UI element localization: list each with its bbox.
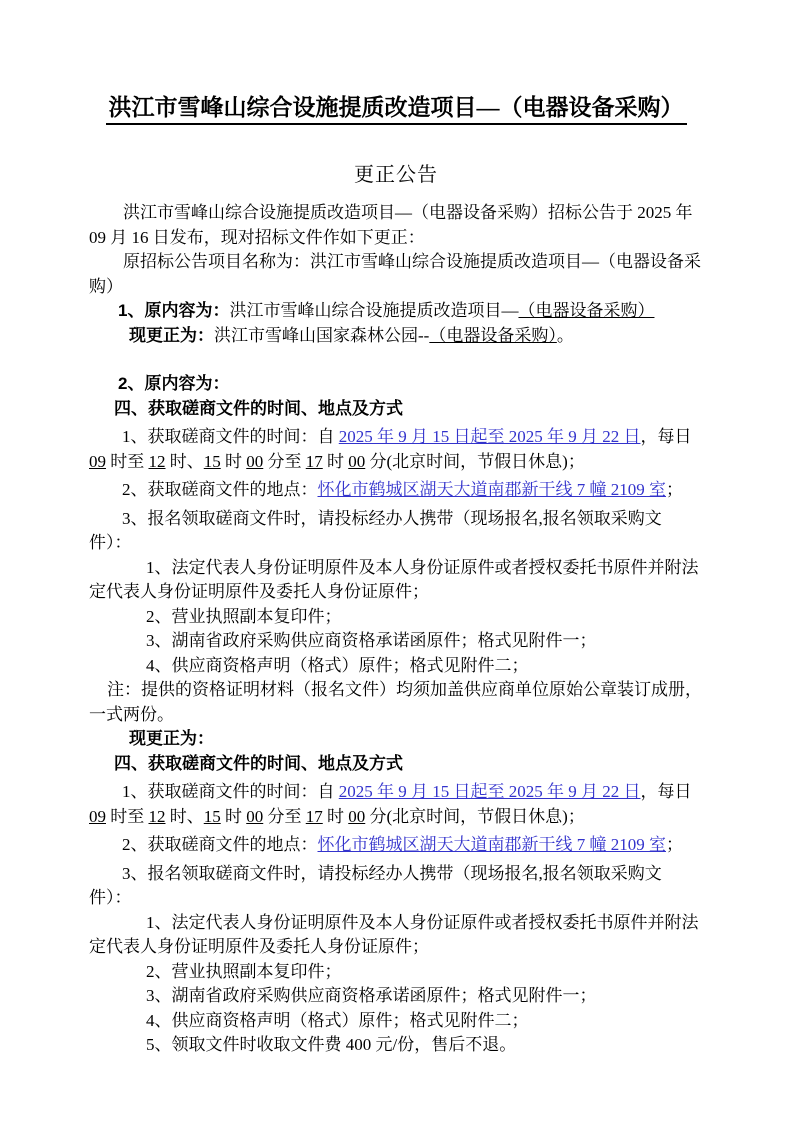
daily-t4: 时 [221, 452, 247, 471]
daily-t1: 每日 [658, 782, 692, 801]
item-1-corrected-period: 。 [557, 326, 574, 345]
time-prefix: 1、获取磋商文件的时间：自 [122, 782, 339, 801]
requirement-item: 4、供应商资格声明（格式）原件；格式见附件二； [89, 1009, 703, 1034]
requirement-item: 5、领取文件时收取文件费 400 元/份，售后不退。 [89, 1033, 703, 1058]
daily-hour-pm: 15 [204, 452, 221, 471]
place-address-link[interactable]: 怀化市鹤城区湖天大道南郡新干线 7 幢 2109 室 [318, 835, 667, 854]
announcement-heading: 更正公告 [89, 162, 703, 188]
intro-paragraph: 洪江市雪峰山综合设施提质改造项目—（电器设备采购）招标公告于 2025 年 09… [89, 201, 703, 250]
daily-t2: 时至 [106, 807, 149, 826]
signup-paragraph-original: 3、报名领取磋商文件时，请投标经办人携带（现场报名,报名领取采购文件）： [89, 507, 703, 556]
section-4-heading-original: 四、获取磋商文件的时间、地点及方式 [114, 397, 703, 422]
correction-item-1-original-line: 1、原内容为：洪江市雪峰山综合设施提质改造项目—（电器设备采购） [118, 299, 703, 324]
daily-t6: 时 [323, 807, 349, 826]
place-paragraph-corrected: 2、获取磋商文件的地点：怀化市鹤城区湖天大道南郡新干线 7 幢 2109 室； [89, 833, 703, 858]
item-1-corrected-text: 洪江市雪峰山国家森林公园-- [214, 326, 429, 345]
daily-hour-noon: 12 [149, 452, 166, 471]
time-paragraph-original: 1、获取磋商文件的时间：自 2025 年 9 月 15 日起至 2025 年 9… [89, 425, 703, 474]
item-1-original-text: 洪江市雪峰山综合设施提质改造项目— [229, 301, 518, 320]
note-paragraph: 注：提供的资格证明材料（报名文件）均须加盖供应商单位原始公章装订成册，一式两份。 [89, 678, 703, 727]
daily-minute-pm: 00 [246, 452, 263, 471]
time-paragraph-corrected: 1、获取磋商文件的时间：自 2025 年 9 月 15 日起至 2025 年 9… [89, 780, 703, 829]
daily-hour-pm: 15 [204, 807, 221, 826]
correction-item-2-label: 2、原内容为： [118, 372, 703, 397]
daily-t6: 时 [323, 452, 349, 471]
item-1-number: 1、 [118, 301, 144, 320]
place-prefix: 2、获取磋商文件的地点： [122, 480, 318, 499]
daily-t2: 时至 [106, 452, 149, 471]
daily-minute-end: 00 [348, 452, 365, 471]
item-1-corrected-label: 现更正为： [129, 326, 214, 345]
daily-t5: 分至 [263, 452, 306, 471]
daily-t3: 时、 [166, 452, 204, 471]
time-after: ， [641, 427, 658, 446]
requirement-item: 3、湖南省政府采购供应商资格承诺函原件；格式见附件一； [89, 629, 703, 654]
document-title-text: 洪江市雪峰山综合设施提质改造项目—（电器设备采购） [106, 95, 687, 125]
section-4-heading-corrected: 四、获取磋商文件的时间、地点及方式 [114, 752, 703, 777]
requirement-item: 3、湖南省政府采购供应商资格承诺函原件；格式见附件一； [89, 984, 703, 1009]
document-page: 洪江市雪峰山综合设施提质改造项目—（电器设备采购） 更正公告 洪江市雪峰山综合设… [0, 0, 793, 1122]
requirement-item: 1、法定代表人身份证明原件及本人身份证原件或者授权委托书原件并附法定代表人身份证… [89, 556, 703, 605]
daily-hour-end: 17 [306, 807, 323, 826]
daily-minute-end: 00 [348, 807, 365, 826]
signup-paragraph-corrected: 3、报名领取磋商文件时，请投标经办人携带（现场报名,报名领取采购文件）： [89, 862, 703, 911]
daily-t1: 每日 [658, 427, 692, 446]
time-after: ， [641, 782, 658, 801]
corrected-label: 现更正为： [129, 727, 703, 752]
time-range-link[interactable]: 2025 年 9 月 15 日起至 2025 年 9 月 22 日 [339, 782, 641, 801]
document-title: 洪江市雪峰山综合设施提质改造项目—（电器设备采购） [89, 94, 703, 122]
daily-hour-end: 17 [306, 452, 323, 471]
place-after: ； [666, 480, 683, 499]
daily-t7: 分(北京时间，节假日休息)； [365, 452, 585, 471]
daily-t7: 分(北京时间，节假日休息)； [365, 807, 585, 826]
time-prefix: 1、获取磋商文件的时间：自 [122, 427, 339, 446]
requirement-item: 2、营业执照副本复印件； [89, 605, 703, 630]
daily-t5: 分至 [263, 807, 306, 826]
place-paragraph-original: 2、获取磋商文件的地点：怀化市鹤城区湖天大道南郡新干线 7 幢 2109 室； [89, 478, 703, 503]
original-project-name-paragraph: 原招标公告项目名称为：洪江市雪峰山综合设施提质改造项目—（电器设备采购） [89, 250, 703, 299]
time-range-link[interactable]: 2025 年 9 月 15 日起至 2025 年 9 月 22 日 [339, 427, 641, 446]
requirement-item: 4、供应商资格声明（格式）原件；格式见附件二； [89, 654, 703, 679]
correction-item-1-corrected-line: 现更正为：洪江市雪峰山国家森林公园--（电器设备采购）。 [129, 324, 703, 349]
daily-t4: 时 [221, 807, 247, 826]
daily-hour-noon: 12 [149, 807, 166, 826]
requirement-item: 2、营业执照副本复印件； [89, 960, 703, 985]
requirement-item: 1、法定代表人身份证明原件及本人身份证原件或者授权委托书原件并附法定代表人身份证… [89, 911, 703, 960]
daily-hour-start: 09 [89, 807, 106, 826]
place-after: ； [666, 835, 683, 854]
item-1-original-underlined: （电器设备采购） [518, 301, 654, 320]
place-prefix: 2、获取磋商文件的地点： [122, 835, 318, 854]
item-1-corrected-underlined: （电器设备采购） [429, 326, 557, 345]
item-1-original-label: 原内容为： [144, 301, 229, 320]
daily-hour-start: 09 [89, 452, 106, 471]
place-address-link[interactable]: 怀化市鹤城区湖天大道南郡新干线 7 幢 2109 室 [318, 480, 667, 499]
daily-t3: 时、 [166, 807, 204, 826]
daily-minute-pm: 00 [246, 807, 263, 826]
